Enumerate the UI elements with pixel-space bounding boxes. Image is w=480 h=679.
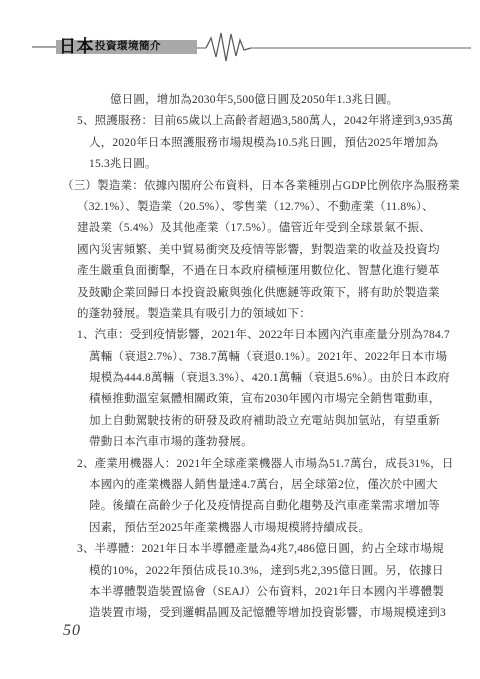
text-line: 本國內的產業機器人銷售量達4.7萬台，居全球第2位，僅次於中國大 xyxy=(0,475,480,496)
body-text: 億日圓，增加為2030年5,500億日圓及2050年1.3兆日圓。5、照護服務：… xyxy=(0,90,480,625)
text-line: 因素，預估至2025年產業機器人市場規模將持續成長。 xyxy=(0,518,480,539)
text-line: 本半導體製造裝置協會（SEAJ）公布資料，2021年日本國內半導體製 xyxy=(0,582,480,603)
text-line: 規模為444.8萬輛（衰退3.3%）、420.1萬輛（衰退5.6%）。由於日本政… xyxy=(0,368,480,389)
text-line: （32.1%）、製造業（20.5%）、零售業（12.7%）、不動產業（11.8%… xyxy=(0,197,480,218)
header-title-main: 日本 xyxy=(59,40,94,54)
header-title-bar: 日本 投資環境簡介 xyxy=(56,40,197,54)
text-line: （三）製造業：依據內閣府公布資料，日本各業種別占GDP比例依序為服務業 xyxy=(0,176,480,197)
text-line: 建設業（5.4%）及其他產業（17.5%）。儘管近年受到全球景氣不振、 xyxy=(0,218,480,239)
text-line: 及鼓勵企業回歸日本投資設廠與強化供應鏈等政策下，將有助於製造業 xyxy=(0,283,480,304)
pulse-zigzag xyxy=(206,33,251,61)
document-page: 日本 投資環境簡介 億日圓，增加為2030年5,500億日圓及2050年1.3兆… xyxy=(0,0,480,679)
text-line: 的蓬勃發展。製造業具有吸引力的領域如下： xyxy=(0,304,480,325)
text-line: 加上自動駕駛技術的研發及政府補助設立充電站與加氫站，有望重新 xyxy=(0,411,480,432)
text-line: 產生嚴重負面衝擊，不過在日本政府積極運用數位化、智慧化進行變革 xyxy=(0,261,480,282)
text-line: 2、產業用機器人：2021年全球產業機器人市場為51.7萬台，成長31%，日 xyxy=(0,454,480,475)
text-line: 3、半導體：2021年日本半導體產量為4兆7,486億日圓，約占全球市場規 xyxy=(0,539,480,560)
text-line: 積極推動溫室氣體相關政策，宣布2030年國內市場完全銷售電動車， xyxy=(0,389,480,410)
header-title-sub: 投資環境簡介 xyxy=(95,40,161,54)
text-line: 國內災害頻繁、美中貿易衝突及疫情等影響，對製造業的收益及投資均 xyxy=(0,240,480,261)
text-line: 模的10%，2022年預估成長10.3%，達到5兆2,395億日圓。另，依據日 xyxy=(0,561,480,582)
text-line: 人，2020年日本照護服務市場規模為10.5兆日圓，預估2025年增加為 xyxy=(0,133,480,154)
text-line: 15.3兆日圓。 xyxy=(0,154,480,175)
heartbeat-pulse-icon xyxy=(197,31,471,65)
text-line: 1、汽車：受到疫情影響，2021年、2022年日本國內汽車產量分別為784.7 xyxy=(0,325,480,346)
text-line: 億日圓，增加為2030年5,500億日圓及2050年1.3兆日圓。 xyxy=(0,90,480,111)
text-line: 5、照護服務：目前65歲以上高齡者超過3,580萬人，2042年將達到3,935… xyxy=(0,111,480,132)
page-number: 50 xyxy=(63,622,81,640)
header-lead-line xyxy=(32,46,56,48)
text-line: 萬輛（衰退2.7%）、738.7萬輛（衰退0.1%）。2021年、2022年日本… xyxy=(0,347,480,368)
text-line: 帶動日本汽車市場的蓬勃發展。 xyxy=(0,432,480,453)
text-line: 陸。後續在高齡少子化及疫情提高自動化趨勢及汽車產業需求增加等 xyxy=(0,496,480,517)
